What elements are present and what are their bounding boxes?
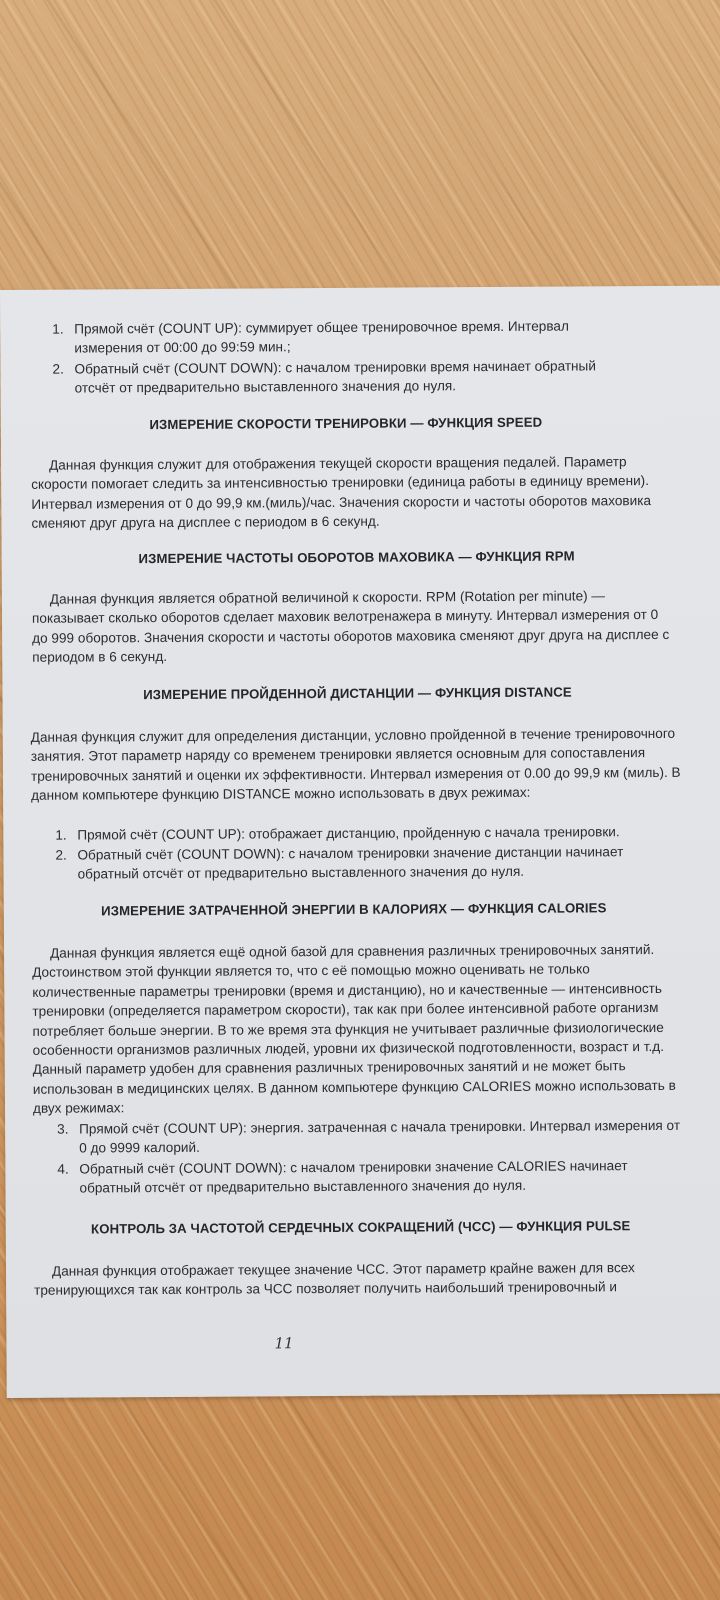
section-paragraph-rpm: Данная функция является обратной величин… bbox=[32, 586, 677, 668]
list-text: Обратный счёт (COUNT DOWN): с началом тр… bbox=[79, 1156, 682, 1198]
list-number: 1. bbox=[52, 320, 74, 359]
page-number: 11 bbox=[274, 1334, 293, 1354]
section-heading-calories: ИЗМЕРЕНИЕ ЗАТРАЧЕННОЙ ЭНЕРГИИ В КАЛОРИЯХ… bbox=[0, 898, 720, 922]
manual-page: 1. Прямой счёт (COUNT UP): суммирует общ… bbox=[0, 286, 720, 1398]
section-paragraph-calories: Данная функция является ещё одной базой … bbox=[32, 940, 685, 1119]
page-content: 1. Прямой счёт (COUNT UP): суммирует общ… bbox=[0, 286, 720, 1398]
list-text: Прямой счёт (COUNT UP): энергия. затраче… bbox=[79, 1116, 682, 1158]
section-paragraph-pulse: Данная функция отображает текущее значен… bbox=[34, 1258, 706, 1301]
list-text: Обратный счёт (COUNT DOWN): с началом тр… bbox=[74, 356, 627, 398]
list-number: 2. bbox=[52, 360, 74, 399]
section-heading-distance: ИЗМЕРЕНИЕ ПРОЙДЕННОЙ ДИСТАНЦИИ — ФУНКЦИЯ… bbox=[0, 682, 720, 706]
list-text: Обратный счёт (COUNT DOWN): с началом тр… bbox=[77, 842, 675, 884]
section-heading-pulse: КОНТРОЛЬ ЗА ЧАСТОТОЙ СЕРДЕЧНЫХ СОКРАЩЕНИ… bbox=[0, 1216, 720, 1240]
section-heading-rpm: ИЗМЕРЕНИЕ ЧАСТОТЫ ОБОРОТОВ МАХОВИКА — ФУ… bbox=[0, 546, 720, 570]
timer-mode-item: 1. Прямой счёт (COUNT UP): суммирует общ… bbox=[52, 316, 612, 358]
list-number: 1. bbox=[55, 826, 77, 846]
section-paragraph-distance: Данная функция служит для определения ди… bbox=[31, 724, 681, 806]
section-paragraph-speed: Данная функция служит для отображения те… bbox=[31, 452, 671, 534]
list-text: Прямой счёт (COUNT UP): суммирует общее … bbox=[74, 316, 612, 358]
calories-mode-item: 4. Обратный счёт (COUNT DOWN): с началом… bbox=[57, 1156, 682, 1199]
section-heading-speed: ИЗМЕРЕНИЕ СКОРОСТИ ТРЕНИРОВКИ — ФУНКЦИЯ … bbox=[0, 412, 720, 436]
distance-mode-item: 2. Обратный счёт (COUNT DOWN): с началом… bbox=[55, 842, 675, 885]
list-number: 2. bbox=[55, 846, 77, 885]
list-number: 3. bbox=[57, 1120, 79, 1159]
timer-mode-item: 2. Обратный счёт (COUNT DOWN): с началом… bbox=[52, 356, 627, 398]
list-number: 4. bbox=[57, 1160, 79, 1199]
calories-mode-item: 3. Прямой счёт (COUNT UP): энергия. затр… bbox=[57, 1116, 682, 1159]
